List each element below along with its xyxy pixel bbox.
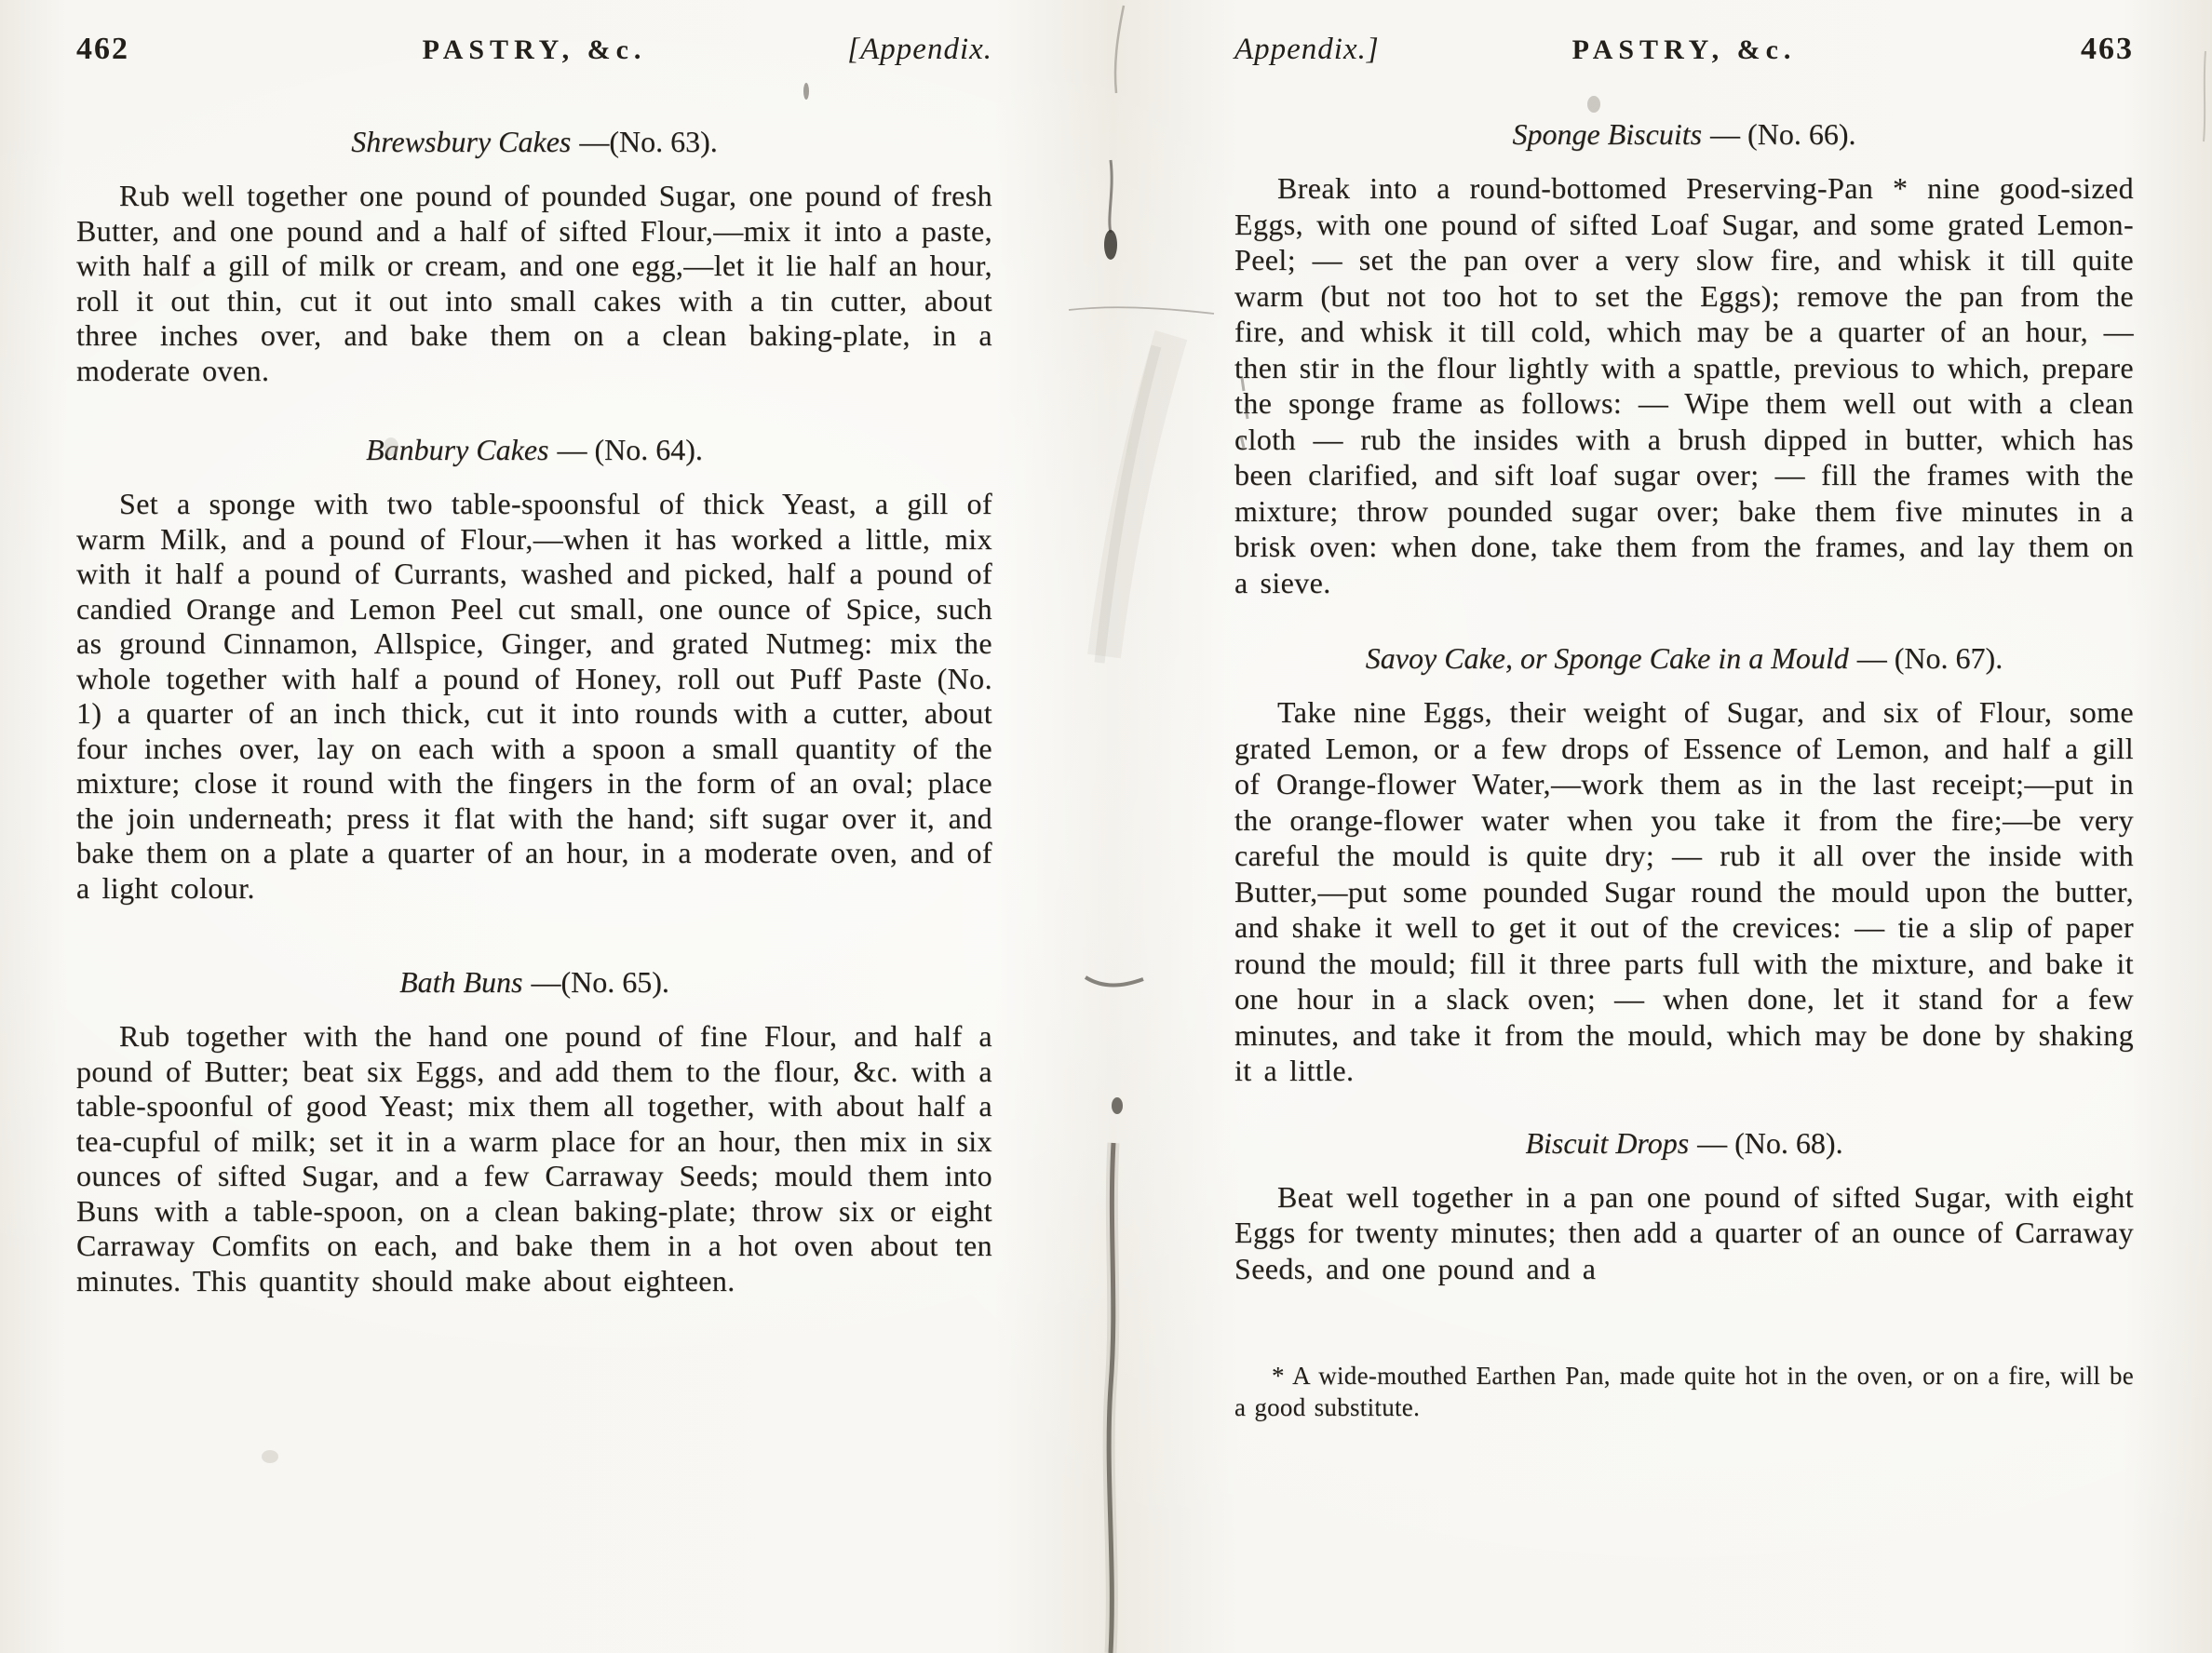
- page-number: 462: [76, 32, 423, 67]
- recipe-number: — (No. 64).: [557, 433, 702, 466]
- recipe-paragraph: Rub well together one pound of pounded S…: [76, 179, 992, 388]
- recipe-number: —(No. 63).: [579, 125, 717, 158]
- page-number: 463: [1796, 32, 2134, 67]
- recipe-title: Biscuit Drops: [1525, 1126, 1689, 1160]
- recipe-paragraph: Rub together with the hand one pound of …: [76, 1019, 992, 1298]
- recipe-title: Bath Buns: [399, 965, 522, 999]
- recipe-heading-shrewsbury-cakes: Shrewsbury Cakes—(No. 63).: [76, 125, 992, 159]
- recipe-number: — (No. 67).: [1857, 641, 2003, 675]
- recipe-title: Sponge Biscuits: [1513, 117, 1703, 151]
- recipe-title: Banbury Cakes: [366, 433, 548, 466]
- page-462: 462 PASTRY, &c. [Appendix. Shrewsbury Ca…: [76, 0, 992, 1653]
- recipe-number: — (No. 66).: [1710, 117, 1855, 151]
- recipe-paragraph: Set a sponge with two table-spoonsful of…: [76, 487, 992, 906]
- recipe-heading-biscuit-drops: Biscuit Drops— (No. 68).: [1234, 1126, 2134, 1161]
- page-463: Appendix.] PASTRY, &c. 463 Sponge Biscui…: [1234, 0, 2134, 1653]
- page-header-right: Appendix.] PASTRY, &c. 463: [1234, 32, 2134, 67]
- book-scan: { "colors": { "paper": "#f8f7f3", "ink":…: [0, 0, 2212, 1653]
- running-title: PASTRY, &c.: [1572, 34, 1797, 66]
- appendix-marker: [Appendix.: [646, 33, 992, 67]
- appendix-marker: Appendix.]: [1234, 33, 1572, 67]
- running-title: PASTRY, &c.: [423, 34, 647, 66]
- recipe-heading-banbury-cakes: Banbury Cakes— (No. 64).: [76, 433, 992, 467]
- recipe-number: — (No. 68).: [1697, 1126, 1842, 1160]
- recipe-title: Shrewsbury Cakes: [351, 125, 571, 158]
- recipe-paragraph: Take nine Eggs, their weight of Sugar, a…: [1234, 694, 2134, 1089]
- recipe-paragraph: Break into a round-bottomed Preserving-P…: [1234, 170, 2134, 600]
- recipe-heading-sponge-biscuits: Sponge Biscuits— (No. 66).: [1234, 117, 2134, 152]
- recipe-heading-savoy-cake: Savoy Cake, or Sponge Cake in a Mould— (…: [1234, 641, 2134, 676]
- recipe-heading-bath-buns: Bath Buns—(No. 65).: [76, 965, 992, 1000]
- page-header-left: 462 PASTRY, &c. [Appendix.: [76, 32, 992, 67]
- recipe-number: —(No. 65).: [532, 965, 669, 999]
- footnote: * A wide-mouthed Earthen Pan, made quite…: [1234, 1361, 2134, 1423]
- recipe-paragraph: Beat well together in a pan one pound of…: [1234, 1179, 2134, 1287]
- recipe-title: Savoy Cake, or Sponge Cake in a Mould: [1366, 641, 1849, 675]
